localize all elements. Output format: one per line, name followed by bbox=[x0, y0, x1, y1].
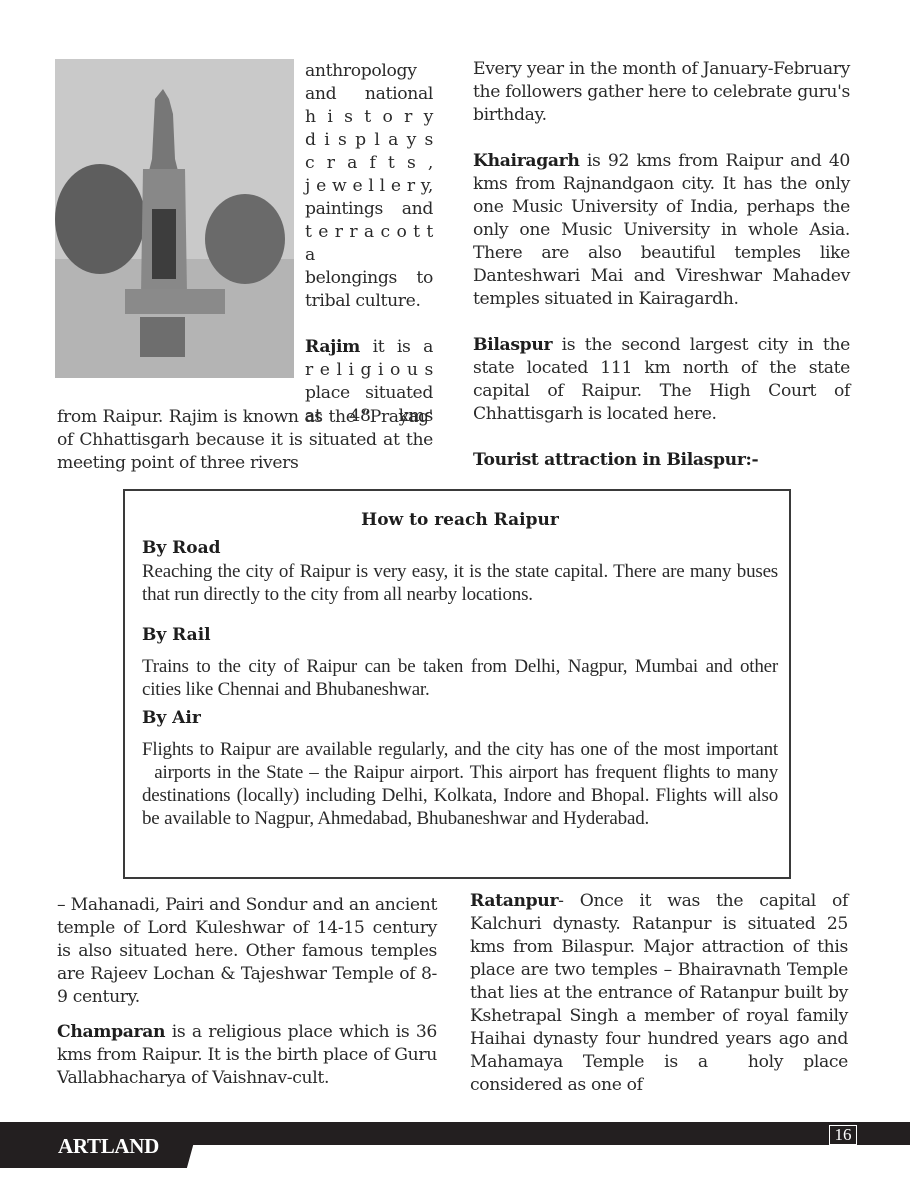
ratanpur-title: Ratanpur bbox=[470, 891, 558, 911]
khairagarh-title: Khairagarh bbox=[473, 151, 580, 171]
text-line: r e l i g i o u s bbox=[305, 359, 433, 382]
rajim-paragraph-continued: from Raipur. Rajim is known as the “Pray… bbox=[57, 406, 433, 475]
intro-narrow-column: anthropology and national h i s t o r y … bbox=[305, 60, 433, 428]
box-title: How to reach Raipur bbox=[142, 509, 778, 531]
by-air-text: Flights to Raipur are available regularl… bbox=[142, 738, 778, 830]
ratanpur-paragraph: Ratanpur- Once it was the capital of Kal… bbox=[470, 890, 848, 1097]
text-line: belongings to bbox=[305, 267, 433, 290]
page-number: 16 bbox=[829, 1125, 857, 1145]
text-line: place situated bbox=[305, 382, 433, 405]
right-column-bottom: Ratanpur- Once it was the capital of Kal… bbox=[470, 890, 848, 1097]
temple-photo bbox=[55, 59, 294, 378]
bilaspur-paragraph: Bilaspur is the second largest city in t… bbox=[473, 334, 850, 426]
text-line: h i s t o r y bbox=[305, 106, 433, 129]
left-column-bottom: – Mahanadi, Pairi and Sondur and an anci… bbox=[57, 894, 437, 1090]
by-road-heading: By Road bbox=[142, 537, 778, 560]
khairagarh-paragraph: Khairagarh is 92 kms from Raipur and 40 … bbox=[473, 150, 850, 311]
how-to-reach-box: How to reach Raipur By Road Reaching the… bbox=[123, 489, 791, 879]
text-line: paintings and bbox=[305, 198, 433, 221]
by-rail-heading: By Rail bbox=[142, 624, 778, 647]
rivers-paragraph: – Mahanadi, Pairi and Sondur and an anci… bbox=[57, 894, 437, 1009]
by-road-text: Reaching the city of Raipur is very easy… bbox=[142, 560, 778, 606]
champaran-title: Champaran bbox=[57, 1022, 165, 1042]
text-line: and national bbox=[305, 83, 433, 106]
by-rail-text: Trains to the city of Raipur can be take… bbox=[142, 655, 778, 701]
text-line: d i s p l a y s bbox=[305, 129, 433, 152]
by-air-heading: By Air bbox=[142, 707, 778, 730]
text-line: anthropology bbox=[305, 60, 433, 83]
tourist-attraction-heading: Tourist attraction in Bilaspur:- bbox=[473, 449, 850, 472]
text-line: t e r r a c o t t a bbox=[305, 221, 433, 267]
champaran-paragraph: Champaran is a religious place which is … bbox=[57, 1021, 437, 1090]
brand-name: ARTLAND bbox=[58, 1134, 159, 1159]
bilaspur-title: Bilaspur bbox=[473, 335, 552, 355]
guru-birthday-paragraph: Every year in the month of January-Febru… bbox=[473, 58, 850, 127]
rajim-lead-line: Rajim it is a bbox=[305, 336, 433, 359]
text-line: c r a f t s , bbox=[305, 152, 433, 175]
rajim-title: Rajim bbox=[305, 337, 360, 357]
text-line: j e w e l l e r y, bbox=[305, 175, 433, 198]
temple-image-icon bbox=[55, 59, 294, 378]
right-column-top: Every year in the month of January-Febru… bbox=[473, 58, 850, 472]
text-line: tribal culture. bbox=[305, 290, 433, 313]
